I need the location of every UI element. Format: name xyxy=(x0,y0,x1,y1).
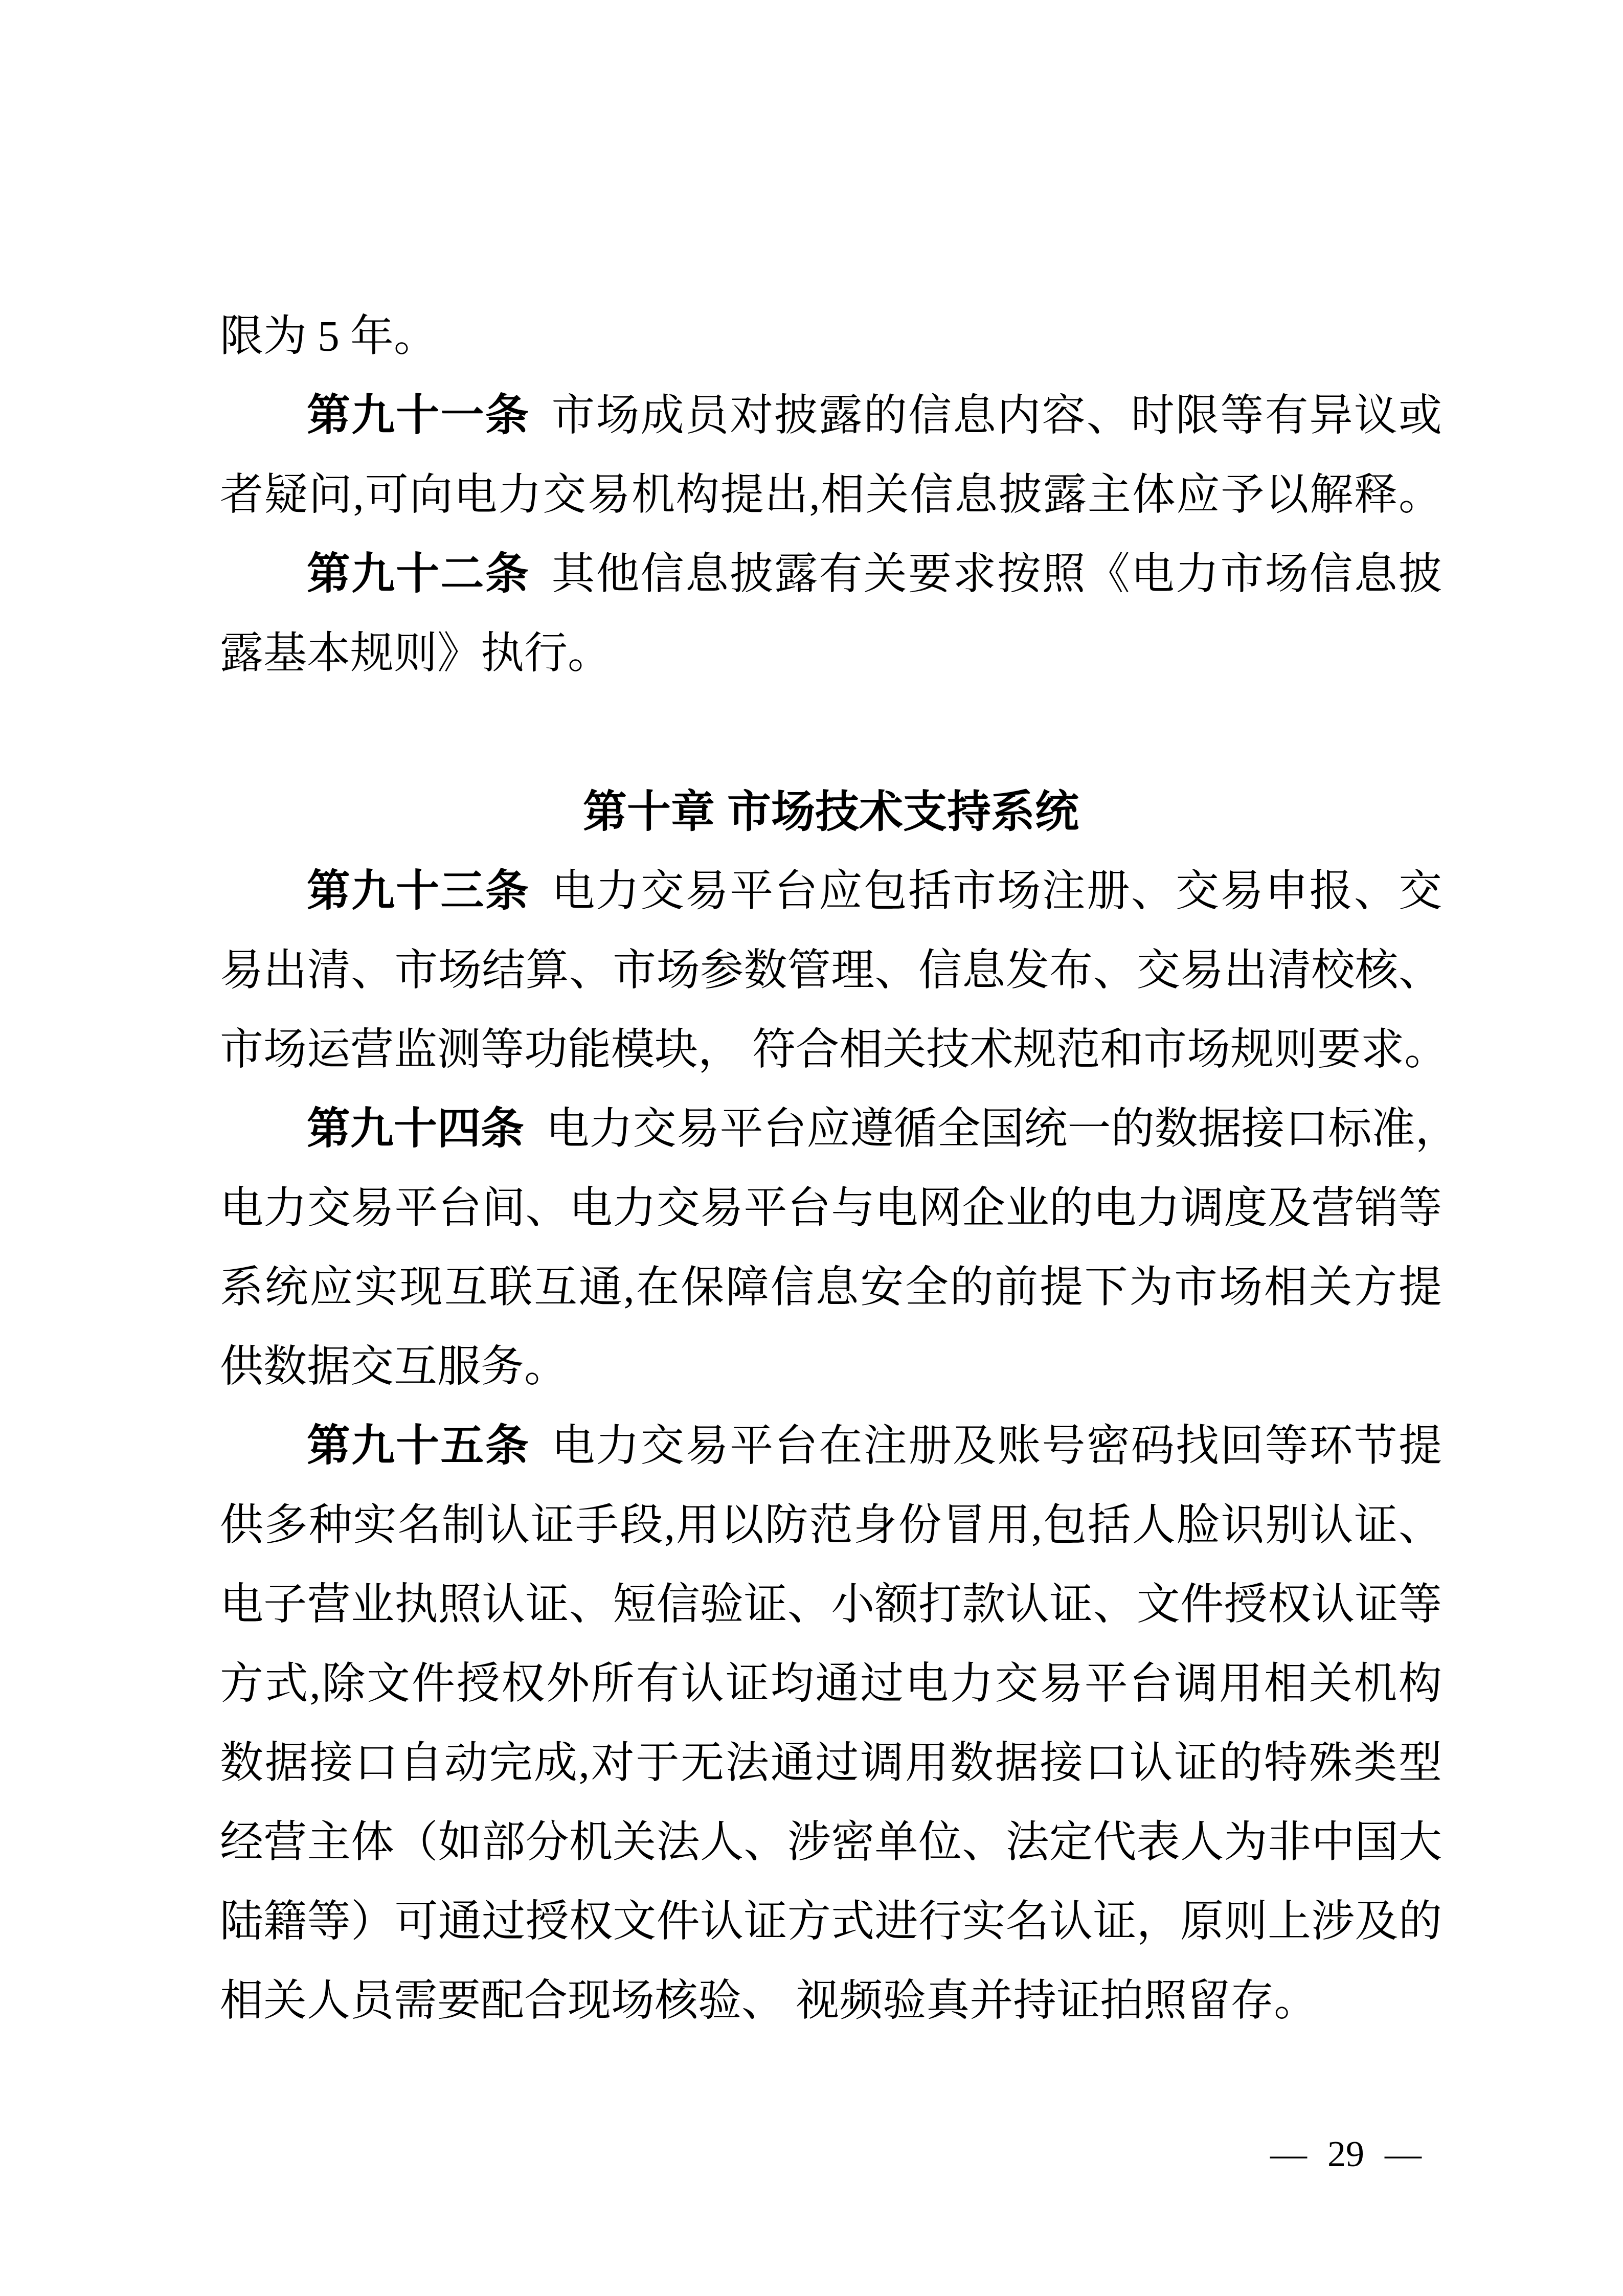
line-text: 易出清、市场结算、市场参数管理、信息发布、交易出清校核、 xyxy=(220,947,1442,995)
line-text: 电子营业执照认证、短信验证、小额打款认证、文件授权认证等 xyxy=(220,1581,1442,1629)
text-line: 者疑问,可向电力交易机构提出,相关信息披露主体应予以解释。 xyxy=(220,456,1442,535)
line-text: 电力交易平台间、电力交易平台与电网企业的电力调度及营销等 xyxy=(220,1184,1442,1232)
text-line: 露基本规则》执行。 xyxy=(220,614,1442,693)
line-text: 供多种实名制认证手段,用以防范身份冒用,包括人脸识别认证、 xyxy=(220,1501,1442,1549)
line-text: 供数据交互服务。 xyxy=(220,1343,568,1391)
text-line: 供多种实名制认证手段,用以防范身份冒用,包括人脸识别认证、 xyxy=(220,1486,1442,1565)
line-text: 相关人员需要配合现场核验、 视频验真并持证拍照留存。 xyxy=(220,1977,1317,2025)
text-line: 数据接口自动完成,对于无法通过调用数据接口认证的特殊类型 xyxy=(220,1724,1442,1803)
text-line: 易出清、市场结算、市场参数管理、信息发布、交易出清校核、 xyxy=(220,931,1442,1010)
article-number: 第九十二条 xyxy=(307,550,530,598)
line-text: 陆籍等）可通过授权文件认证方式进行实名认证，原则上涉及的 xyxy=(220,1898,1442,1946)
line-text: 方式,除文件授权外所有认证均通过电力交易平台调用相关机构 xyxy=(220,1660,1442,1708)
article-number: 第九十四条 xyxy=(307,1105,524,1153)
chapter-heading: 第十章 市场技术支持系统 xyxy=(220,773,1442,852)
page-number: — 29 — xyxy=(1270,2135,1422,2172)
text-line: 第九十三条电力交易平台应包括市场注册、交易申报、交 xyxy=(220,852,1442,931)
text-line: 方式,除文件授权外所有认证均通过电力交易平台调用相关机构 xyxy=(220,1645,1442,1724)
line-text: 电力交易平台应包括市场注册、交易申报、交 xyxy=(551,867,1442,915)
text-line: 供数据交互服务。 xyxy=(220,1327,1442,1407)
blank-line xyxy=(220,693,1442,773)
article-number: 第九十三条 xyxy=(307,867,530,915)
document-body: 限为 5 年。第九十一条市场成员对披露的信息内容、时限等有异议或者疑问,可向电力… xyxy=(220,297,1442,2041)
article-number: 第九十一条 xyxy=(307,392,530,440)
text-line: 电力交易平台间、电力交易平台与电网企业的电力调度及营销等 xyxy=(220,1169,1442,1248)
document-page: 限为 5 年。第九十一条市场成员对披露的信息内容、时限等有异议或者疑问,可向电力… xyxy=(0,0,1623,2296)
line-text: 系统应实现互联互通,在保障信息安全的前提下为市场相关方提 xyxy=(220,1264,1442,1312)
line-text: 经营主体（如部分机关法人、涉密单位、法定代表人为非中国大 xyxy=(220,1818,1442,1866)
article-number: 第九十五条 xyxy=(307,1422,530,1470)
line-text: 电力交易平台应遵循全国统一的数据接口标准， xyxy=(546,1105,1459,1153)
text-line: 经营主体（如部分机关法人、涉密单位、法定代表人为非中国大 xyxy=(220,1803,1442,1882)
line-text: 露基本规则》执行。 xyxy=(220,629,611,678)
text-line: 市场运营监测等功能模块， 符合相关技术规范和市场规则要求。 xyxy=(220,1010,1442,1090)
line-text: 市场成员对披露的信息内容、时限等有异议或 xyxy=(551,392,1442,440)
text-line: 系统应实现互联互通,在保障信息安全的前提下为市场相关方提 xyxy=(220,1248,1442,1327)
line-text: 市场运营监测等功能模块， 符合相关技术规范和市场规则要求。 xyxy=(220,1026,1448,1074)
text-line: 相关人员需要配合现场核验、 视频验真并持证拍照留存。 xyxy=(220,1962,1442,2041)
text-line: 陆籍等）可通过授权文件认证方式进行实名认证，原则上涉及的 xyxy=(220,1882,1442,1962)
text-line: 第九十四条电力交易平台应遵循全国统一的数据接口标准， xyxy=(220,1090,1442,1169)
text-line: 限为 5 年。 xyxy=(220,297,1442,376)
line-text: 者疑问,可向电力交易机构提出,相关信息披露主体应予以解释。 xyxy=(220,471,1442,519)
text-line: 电子营业执照认证、短信验证、小额打款认证、文件授权认证等 xyxy=(220,1565,1442,1645)
line-text: 数据接口自动完成,对于无法通过调用数据接口认证的特殊类型 xyxy=(220,1739,1442,1787)
text-line: 第九十五条电力交易平台在注册及账号密码找回等环节提 xyxy=(220,1407,1442,1486)
line-text: 电力交易平台在注册及账号密码找回等环节提 xyxy=(551,1422,1442,1470)
line-text: 限为 5 年。 xyxy=(220,312,437,361)
text-line: 第九十二条其他信息披露有关要求按照《电力市场信息披 xyxy=(220,535,1442,614)
line-text: 其他信息披露有关要求按照《电力市场信息披 xyxy=(551,550,1442,598)
text-line: 第九十一条市场成员对披露的信息内容、时限等有异议或 xyxy=(220,376,1442,456)
